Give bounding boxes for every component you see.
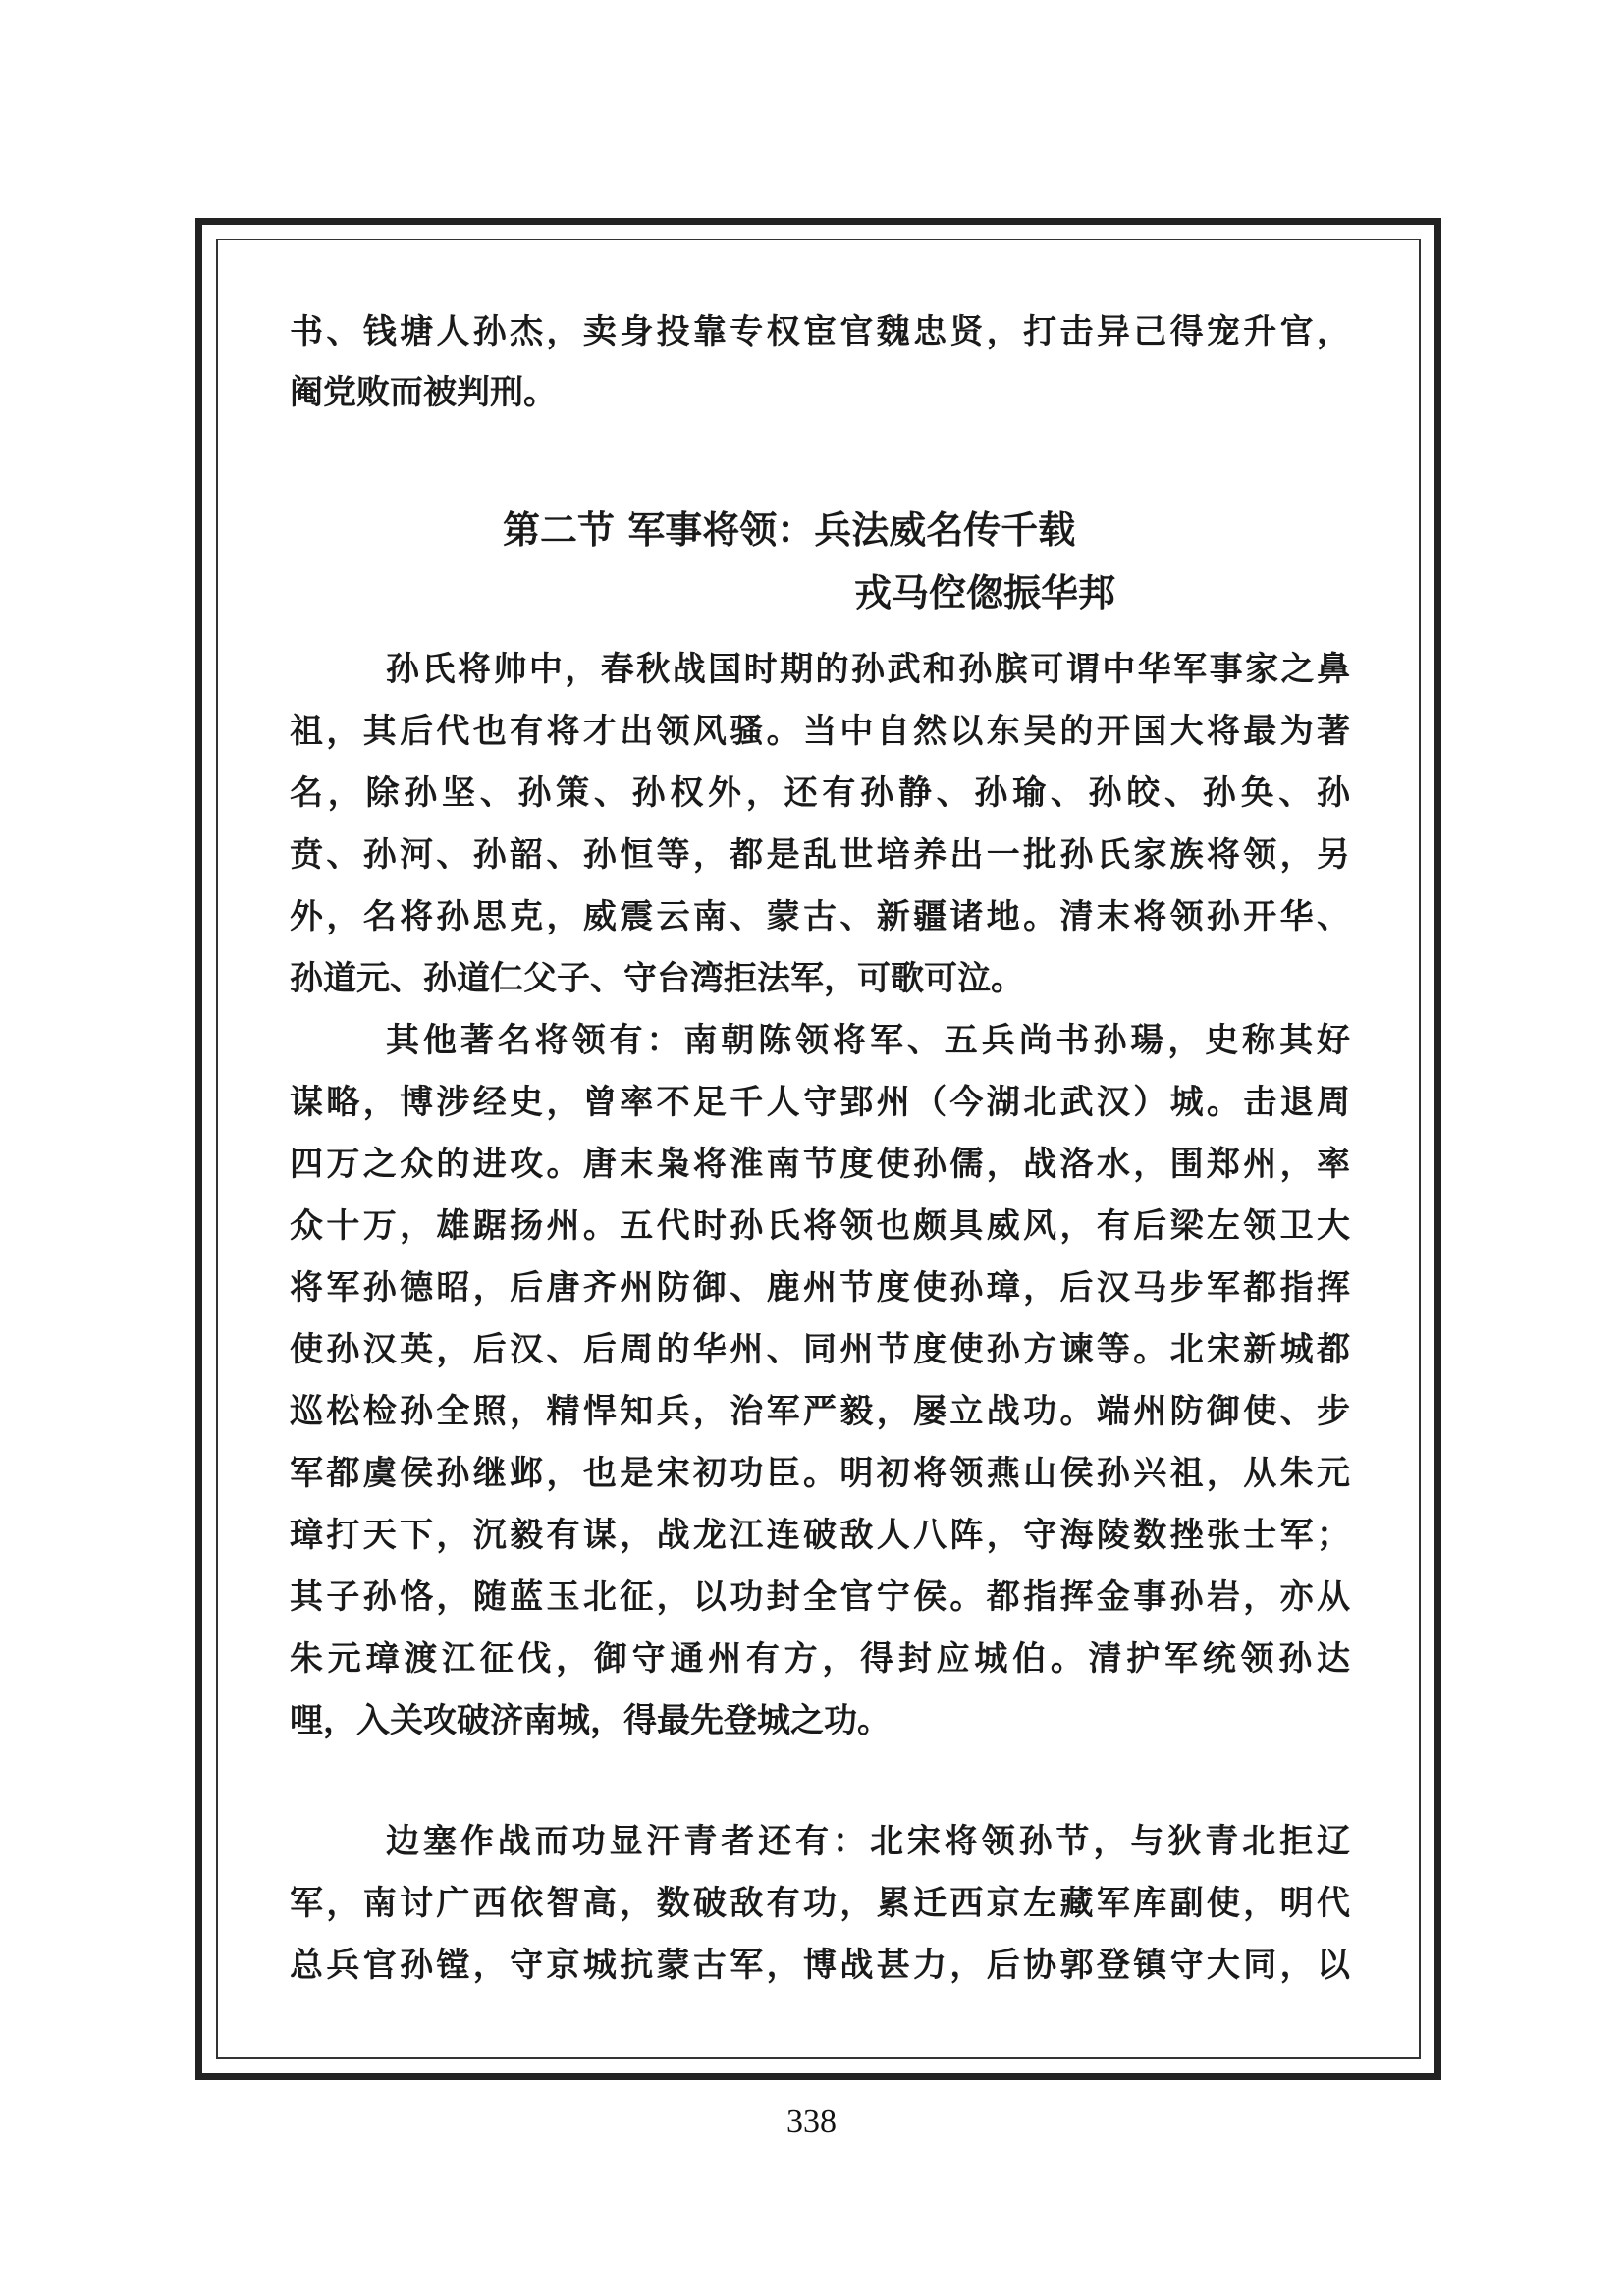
paragraph-2-line: 将军孙德昭，后唐齐州防御、鹿州节度使孙璋，后汉马步军都指挥 [290, 1268, 1350, 1308]
paragraph-3-line: 军，南讨广西依智高，数破敌有功，累迁西京左藏军库副使，明代 [290, 1884, 1350, 1923]
continuation-line: 阉党败而被判刑。 [290, 373, 1350, 412]
paragraph-2-line: 朱元璋渡江征伐，御守通州有方，得封应城伯。清护军统领孙达 [290, 1639, 1350, 1679]
paragraph-1-line: 外，名将孙思克，威震云南、蒙古、新疆诸地。清末将领孙开华、 [290, 897, 1350, 936]
paragraph-1-line: 贲、孙河、孙韶、孙恒等，都是乱世培养出一批孙氏家族将领，另 [290, 835, 1350, 875]
paragraph-3-line: 总兵官孙镗，守京城抗蒙古军，博战甚力，后协郭登镇守大同，以 [290, 1946, 1350, 1985]
paragraph-3-line: 边塞作战而功显汗青者还有：北宋将领孙节，与狄青北拒辽 [386, 1822, 1350, 1861]
paragraph-2-line: 其他著名将领有：南朝陈领将军、五兵尚书孙瑒，史称其好 [386, 1021, 1350, 1060]
paragraph-2-line: 军都虞侯孙继邺，也是宋初功臣。明初将领燕山侯孙兴祖，从朱元 [290, 1454, 1350, 1493]
paragraph-2-line: 其子孙恪，随蓝玉北征，以功封全官宁侯。都指挥金事孙岩，亦从 [290, 1577, 1350, 1617]
section-title: 第二节 军事将领：兵法威名传千载 [503, 508, 1075, 552]
paragraph-2-line: 谋略，博涉经史，曾率不足千人守郢州（今湖北武汉）城。击退周 [290, 1083, 1350, 1122]
paragraph-2-line: 巡松检孙全照，精悍知兵，治军严毅，屡立战功。端州防御使、步 [290, 1392, 1350, 1431]
paragraph-2-line: 四万之众的进攻。唐末枭将淮南节度使孙儒，战洛水，围郑州，率 [290, 1145, 1350, 1184]
paragraph-1-line: 孙道元、孙道仁父子、守台湾拒法军，可歌可泣。 [290, 959, 1350, 998]
paragraph-1-line: 名，除孙坚、孙策、孙权外，还有孙静、孙瑜、孙皎、孙奂、孙 [290, 774, 1350, 813]
paragraph-1-line: 祖，其后代也有将才出领风骚。当中自然以东吴的开国大将最为著 [290, 712, 1350, 751]
paragraph-2-line: 使孙汉英，后汉、后周的华州、同州节度使孙方谏等。北宋新城都 [290, 1330, 1350, 1369]
page-number: 338 [0, 2104, 1623, 2141]
paragraph-2-line: 哩，入关攻破济南城，得最先登城之功。 [290, 1701, 1350, 1740]
paragraph-2-line: 璋打天下，沉毅有谋，战龙江连破敌人八阵，守海陵数挫张士军； [290, 1516, 1350, 1555]
paragraph-1-line: 孙氏将帅中，春秋战国时期的孙武和孙膑可谓中华军事家之鼻 [386, 650, 1350, 689]
section-subtitle: 戎马倥偬振华邦 [854, 571, 1115, 614]
continuation-line: 书、钱塘人孙杰，卖身投靠专权宦官魏忠贤，打击异己得宠升官， [290, 312, 1350, 351]
paragraph-2-line: 众十万，雄踞扬州。五代时孙氏将领也颇具威风，有后梁左领卫大 [290, 1206, 1350, 1246]
